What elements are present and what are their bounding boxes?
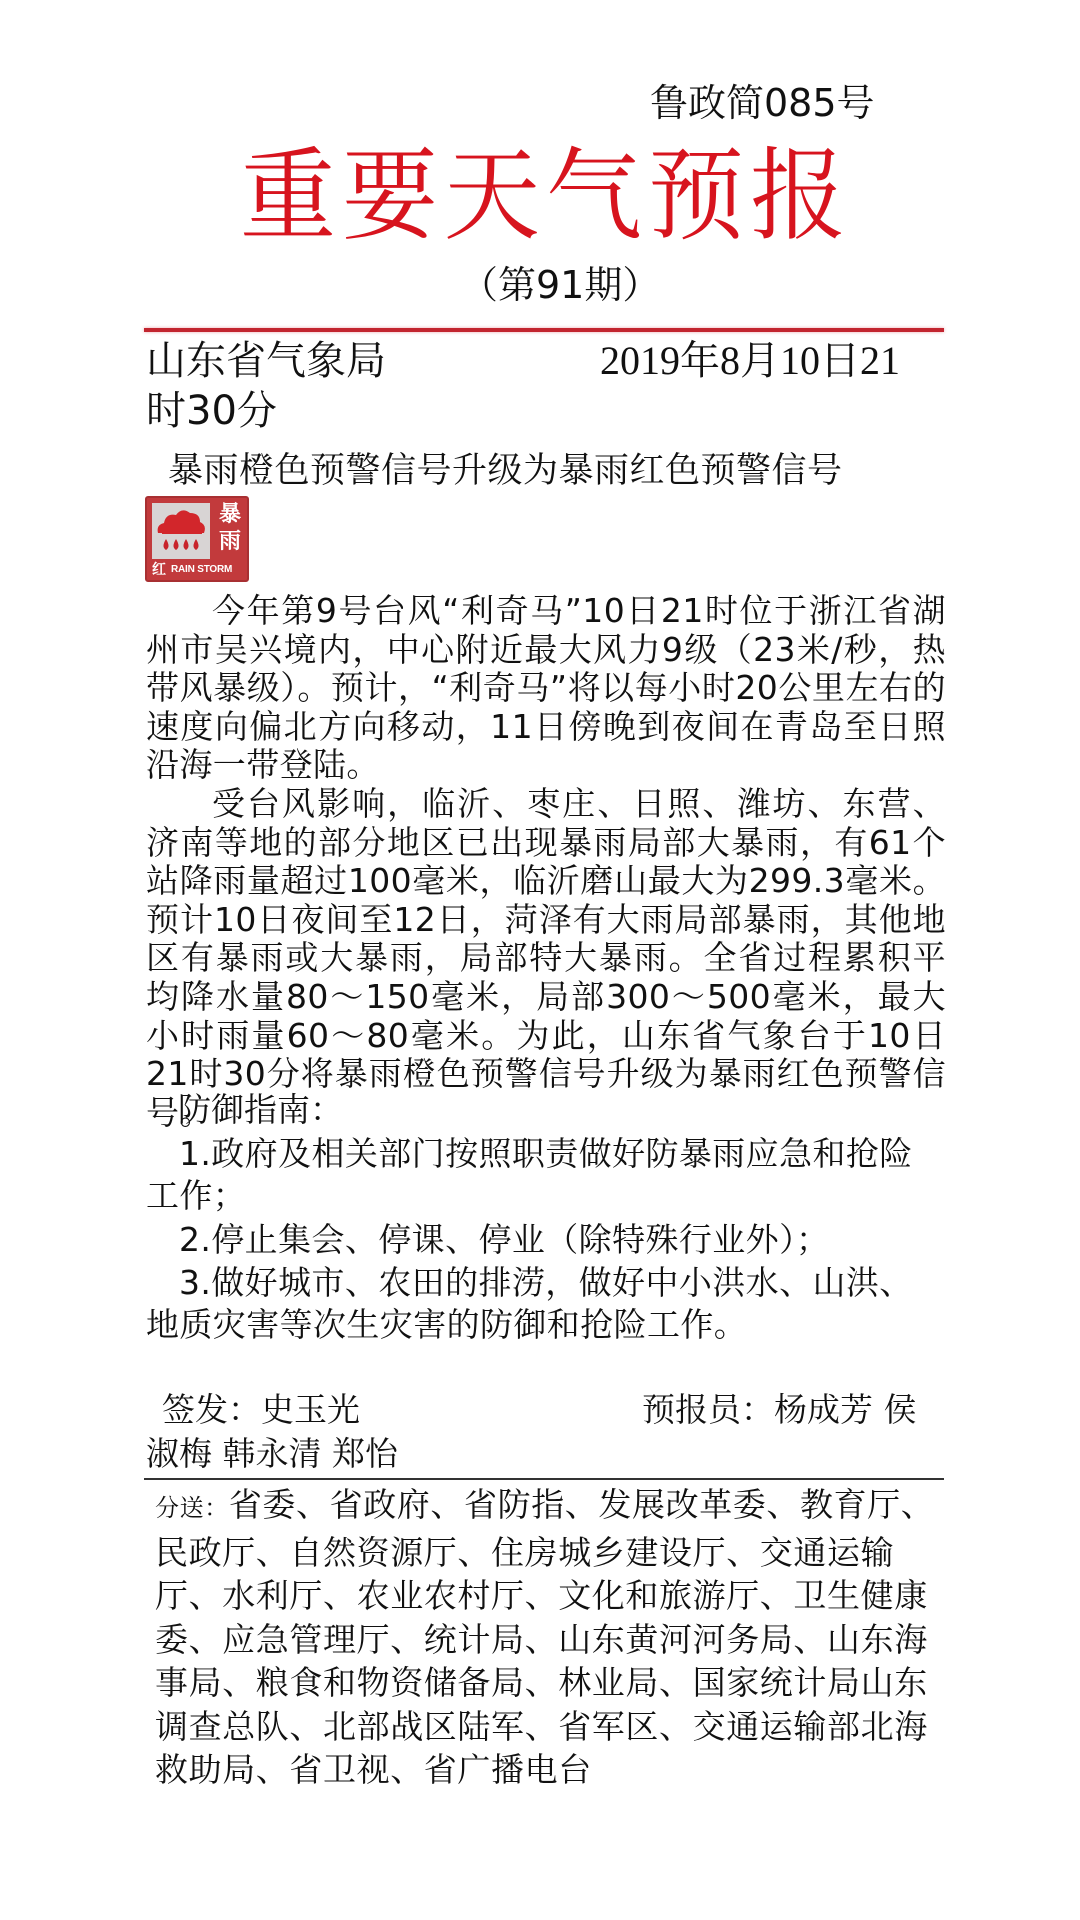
forecaster-label: 预报员： — [642, 1390, 774, 1429]
cloud-rain-icon — [152, 503, 210, 559]
rainstorm-warning-icon — [152, 503, 210, 559]
badge-level: 红 — [152, 562, 166, 578]
rainstorm-red-warning-badge: 暴 雨 红 RAIN STORM — [145, 496, 249, 582]
document-number: 鲁政简085号 — [650, 80, 875, 126]
issue-datetime: 2019年8月10日21 — [600, 336, 900, 386]
badge-char-1: 暴 — [213, 501, 247, 528]
defense-guide-title: 防御指南： — [178, 1090, 343, 1130]
forecaster-names: 杨成芳 侯淑梅 韩永清 郑怡 — [146, 1390, 917, 1473]
defense-item-3: 3.做好城市、农田的排涝，做好中小洪水、山洪、地质灾害等次生灾害的防御和抢险工作… — [146, 1262, 946, 1346]
header-divider — [144, 328, 944, 332]
warning-headline: 暴雨橙色预警信号升级为暴雨红色预警信号 — [168, 448, 843, 494]
page-title: 重要天气预报 — [240, 138, 852, 254]
distribution-recipients: 省委、省政府、省防指、发展改革委、教育厅、民政厅、自然资源厅、住房城乡建设厅、交… — [155, 1485, 934, 1789]
defense-item-1: 1.政府及相关部门按照职责做好防暴雨应急和抢险工作； — [146, 1133, 946, 1217]
badge-english-label: RAIN STORM — [171, 562, 232, 578]
body-paragraph-1: 今年第9号台风“利奇马”10日21时位于浙江省湖州市吴兴境内，中心附近最大风力9… — [146, 592, 946, 785]
defense-item-2: 2.停止集会、停课、停业（除特殊行业外）； — [146, 1219, 946, 1261]
issuing-agency: 山东省气象局 — [146, 336, 386, 386]
distribution-list: 分送：省委、省政府、省防指、发展改革委、教育厅、民政厅、自然资源厅、住房城乡建设… — [155, 1483, 945, 1792]
footer-divider — [144, 1478, 944, 1480]
issue-datetime-continued: 时30分 — [146, 386, 277, 436]
distribution-label: 分送： — [155, 1494, 229, 1522]
issue-number: （第91期） — [460, 262, 660, 308]
badge-char-2: 雨 — [213, 528, 247, 555]
forecasters: 预报员：杨成芳 侯淑梅 韩永清 郑怡 — [146, 1388, 946, 1476]
badge-bottom-label: 红 RAIN STORM — [152, 562, 244, 578]
body-paragraph-2: 受台风影响，临沂、枣庄、日照、潍坊、东营、济南等地的部分地区已出现暴雨局部大暴雨… — [146, 785, 946, 1132]
badge-side-text: 暴 雨 — [213, 501, 247, 555]
